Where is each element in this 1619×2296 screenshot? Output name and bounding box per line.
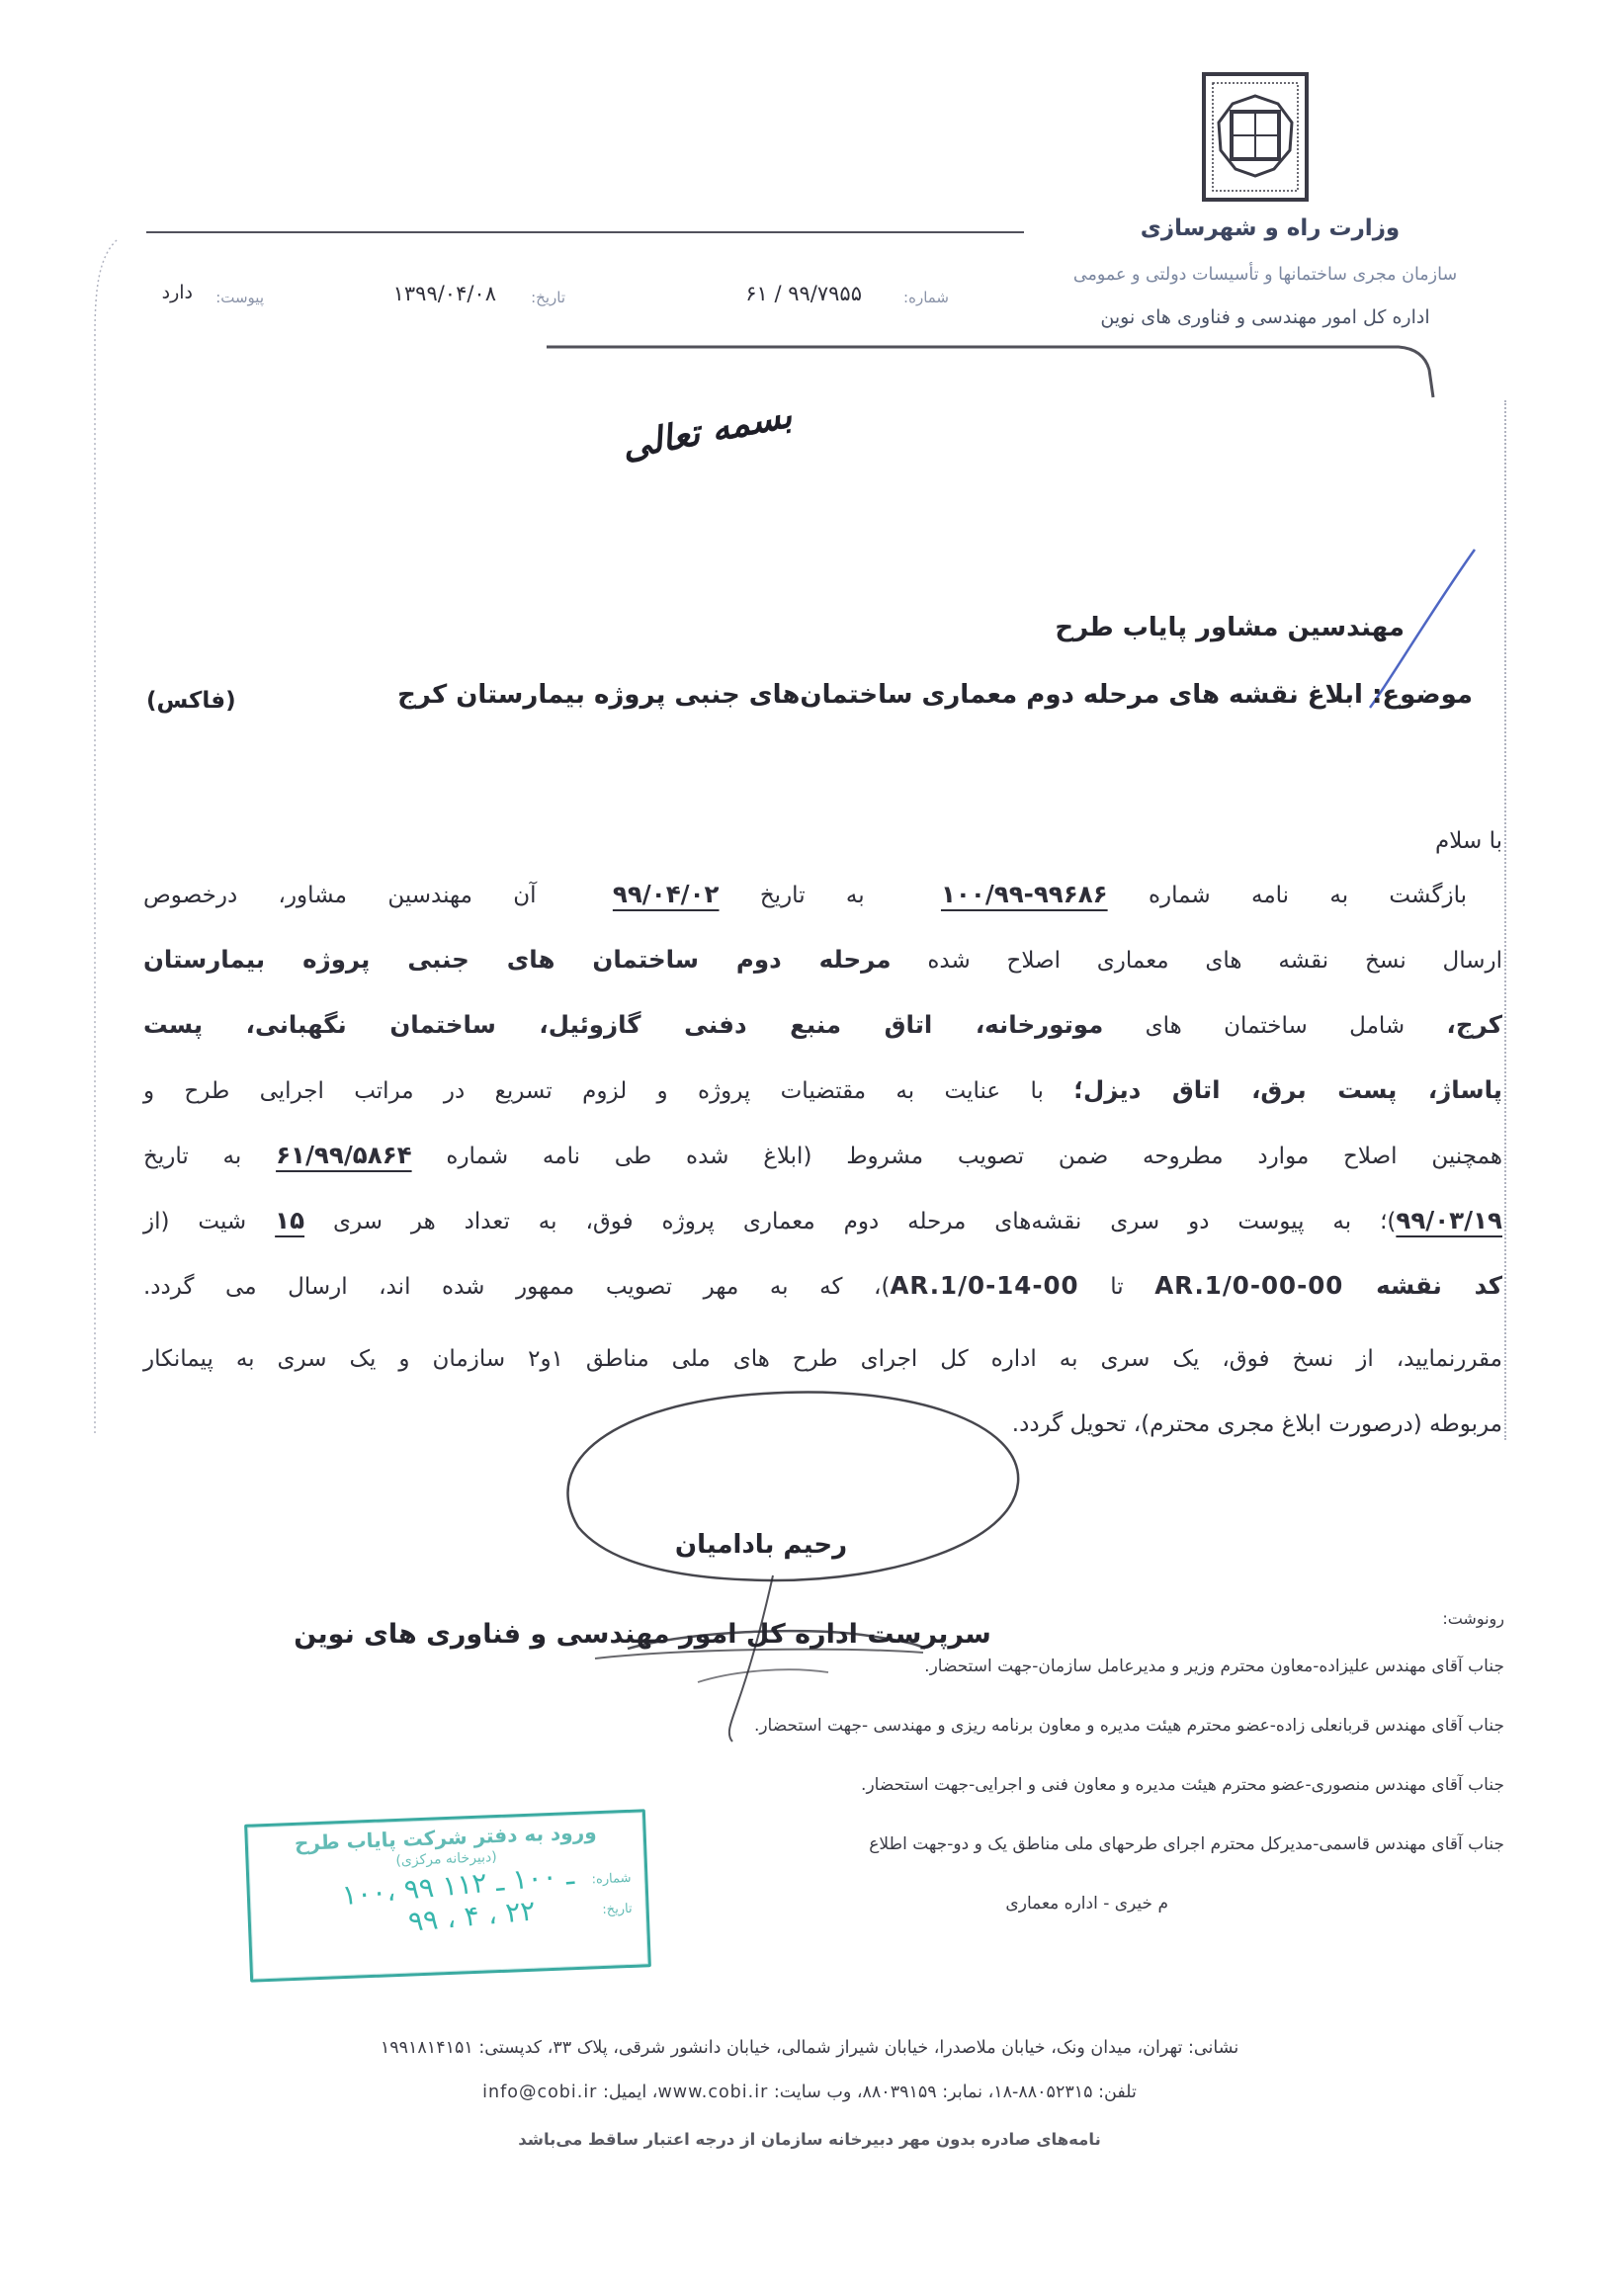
recipient-name: مهندسین مشاور پایاب طرح bbox=[1055, 613, 1405, 642]
subject-line: موضوع: ابلاغ نقشه های مرحله دوم معماری س… bbox=[397, 680, 1473, 710]
body-line: بازگشت به نامه شماره ۱۰۰/۹۹-۹۹۶۸۶ به تار… bbox=[143, 862, 1502, 927]
body-line: ارسال نسخ نقشه های معماری اصلاح شده مرحل… bbox=[143, 927, 1502, 992]
organization-name: سازمان مجری ساختمانها و تأسیسات دولتی و … bbox=[1028, 265, 1502, 285]
footer-address: نشانی: تهران، میدان ونک، خیابان ملاصدرا،… bbox=[109, 2038, 1510, 2058]
body-line: همچنین اصلاح موارد مطروحه ضمن تصویب مشرو… bbox=[143, 1123, 1502, 1188]
body-line: ۹۹/۰۳/۱۹)؛ به پیوست دو سری نقشه‌های مرحل… bbox=[143, 1188, 1502, 1253]
attachment-value: دارد bbox=[162, 282, 193, 303]
body-line: کد نقشه AR.1/0-00-00 تا AR.1/0-14-00)، ک… bbox=[143, 1253, 1502, 1318]
bismillah-calligraphy: بسمه تعالی bbox=[591, 388, 822, 472]
cc-item: جناب آقای مهندس قربانعلی زاده-عضو محترم … bbox=[138, 1696, 1504, 1755]
body-line: مربوطه (درصورت ابلاغ مجری محترم)، تحویل … bbox=[143, 1392, 1502, 1457]
number-label: شماره: bbox=[903, 289, 949, 306]
cc-item: جناب آقای مهندس منصوری-عضو محترم هیئت مد… bbox=[138, 1755, 1504, 1815]
scanned-letter-page: { "header": { "ministry": "وزارت راه و ش… bbox=[0, 0, 1619, 2296]
cc-item: جناب آقای مهندس علیزاده-معاون محترم وزیر… bbox=[138, 1637, 1504, 1696]
attachment-label: پیوست: bbox=[215, 289, 264, 306]
ministry-emblem-icon bbox=[1201, 71, 1310, 207]
footer-validity-note: نامه‌های صادره بدون مهر دبیرخانه سازمان … bbox=[109, 2130, 1510, 2149]
scan-perforation-line bbox=[1504, 400, 1506, 1440]
body-line: پاساژ، پست برق، اتاق دیزل؛ با عنایت به م… bbox=[143, 1058, 1502, 1123]
department-name: اداره کل امور مهندسی و فناوری های نوین bbox=[1048, 306, 1483, 328]
salutation: با سلام bbox=[1435, 828, 1502, 854]
registry-stamp: ورود به دفتر شرکت پایاب طرح (دبیرخانه مر… bbox=[244, 1809, 651, 1982]
signer-name: رحیم بادامیان bbox=[633, 1530, 890, 1560]
header-rule-left bbox=[146, 231, 1024, 233]
fax-note: (فاکس) bbox=[146, 688, 236, 714]
body-line: کرج، شامل ساختمان های موتورخانه، اتاق من… bbox=[143, 992, 1502, 1058]
date-label: تاریخ: bbox=[531, 289, 565, 306]
letter-body: بازگشت به نامه شماره ۱۰۰/۹۹-۹۹۶۸۶ به تار… bbox=[143, 862, 1502, 1457]
cc-label: رونوشت: bbox=[1442, 1609, 1504, 1628]
stamp-number-label: شماره: bbox=[573, 1871, 632, 1888]
footer-contact: تلفن: ۱۸-۸۸۰۵۲۳۱۵، نمابر: ۸۸۰۳۹۱۵۹، وب س… bbox=[109, 2083, 1510, 2102]
date-value: ۱۳۹۹/۰۴/۰۸ bbox=[393, 282, 496, 305]
ministry-name: وزارت راه و شهرسازی bbox=[1102, 215, 1438, 241]
number-value: ۶۱ / ۹۹/۷۹۵۵ bbox=[745, 282, 862, 305]
stamp-date-label: تاریخ: bbox=[574, 1902, 633, 1918]
body-line: مقررنمایید، از نسخ فوق، یک سری به اداره … bbox=[143, 1326, 1502, 1392]
